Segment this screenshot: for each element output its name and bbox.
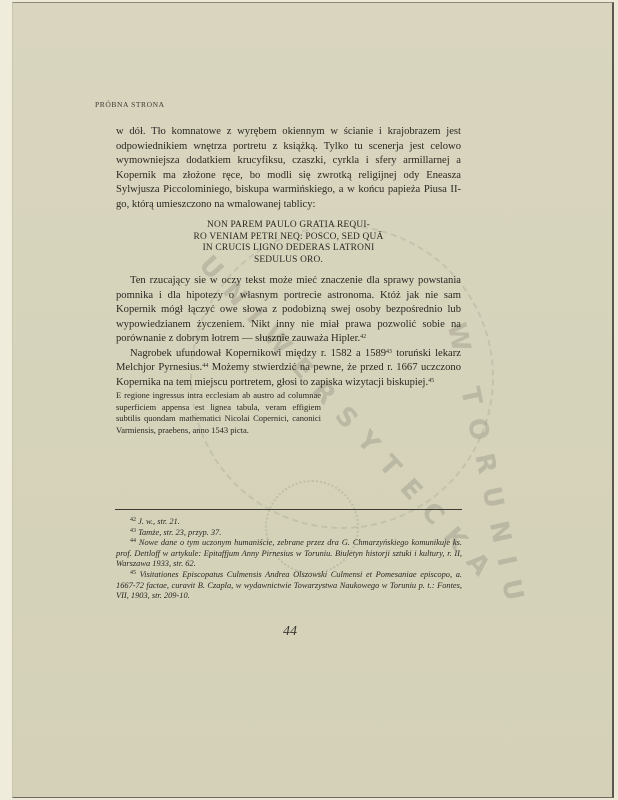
running-head: PRÓBNA STRONA xyxy=(95,100,165,109)
footnote-ref[interactable]: 42 xyxy=(360,334,366,340)
footnote-divider xyxy=(115,509,462,510)
latin-inscription: NON PAREM PAULO GRATIA REQUI- RO VENIAM … xyxy=(116,220,461,266)
inscription-line: NON PAREM PAULO GRATIA REQUI- xyxy=(116,220,461,232)
footnote: 45 Visitationes Episcopatus Culmensis An… xyxy=(116,570,462,602)
footnote-ref[interactable]: 45 xyxy=(428,378,434,384)
footnotes: 42 J. w., str. 21. 43 Tamże, str. 23, pr… xyxy=(116,517,462,602)
paragraph-3: Nagrobek ufundował Kopernikowi między r.… xyxy=(116,347,461,391)
footnote: 44 Nowe dane o tym uczonym humaniście, z… xyxy=(116,538,462,570)
paragraph-2: Ten rzucający sie w oczy tekst może mieć… xyxy=(116,274,461,347)
main-text: w dół. Tło komnatowe z wyrębem okiennym … xyxy=(116,125,461,436)
footnote: 42 J. w., str. 21. xyxy=(116,517,462,528)
latin-quote: E regione ingressus intra ecclesiam ab a… xyxy=(116,390,321,436)
inscription-line: SEDULUS ORO. xyxy=(116,255,461,267)
page-number: 44 xyxy=(283,624,297,640)
inscription-line: IN CRUCIS LIGNO DEDERAS LATRONI xyxy=(116,243,461,255)
scan-left-margin xyxy=(0,0,12,800)
footnote: 43 Tamże, str. 23, przyp. 37. xyxy=(116,528,462,539)
paragraph-1: w dół. Tło komnatowe z wyrębem okiennym … xyxy=(116,125,461,212)
inscription-line: RO VENIAM PETRI NEQ: POSCO, SED QUĀ xyxy=(116,232,461,244)
